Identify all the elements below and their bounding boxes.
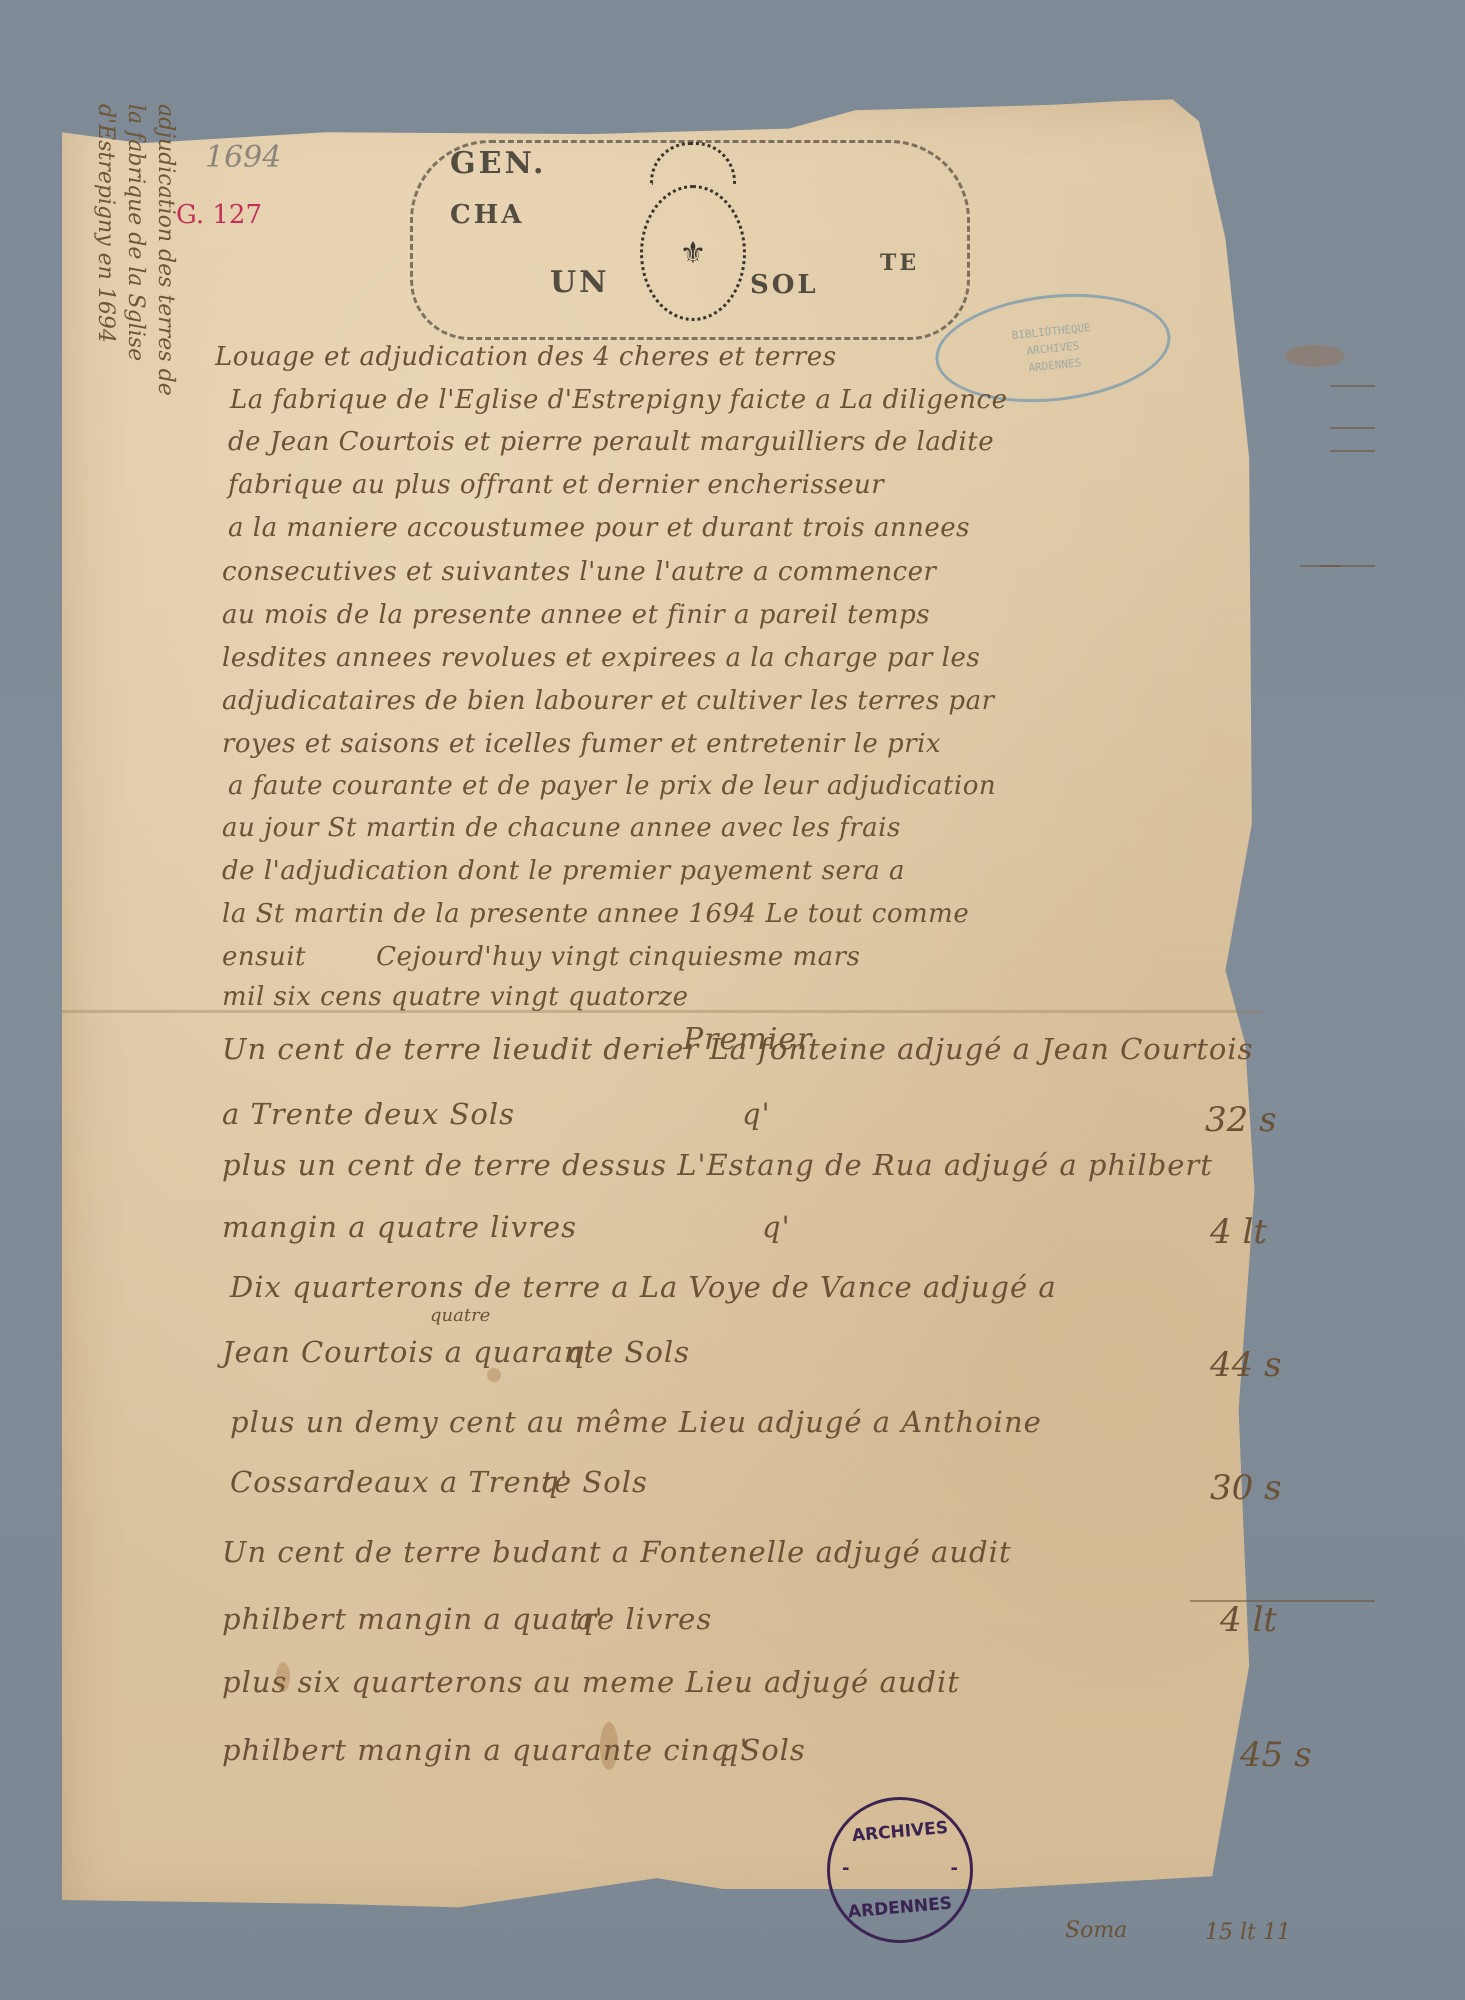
body-line: La fabrique de l'Eglise d'Estrepigny fai… bbox=[230, 385, 1007, 415]
stamp-dash: - bbox=[951, 1858, 958, 1879]
stain bbox=[1285, 345, 1345, 367]
body-line: adjudicataires de bien labourer et culti… bbox=[222, 686, 995, 716]
line-filler bbox=[1330, 427, 1375, 429]
entry-line: Cossardeaux a Trente Sols bbox=[230, 1465, 648, 1499]
stamp-text: SOL bbox=[750, 270, 819, 300]
entry-amount: 30 s bbox=[1210, 1468, 1282, 1508]
body-line: ensuit Cejourd'huy vingt cinquiesme mars bbox=[222, 942, 860, 972]
body-line: a la maniere accoustumee pour et durant … bbox=[228, 513, 970, 543]
stamp-text: CHA bbox=[450, 200, 524, 230]
body-line: a faute courante et de payer le prix de … bbox=[228, 771, 996, 801]
body-line: Louage et adjudication des 4 cheres et t… bbox=[215, 342, 837, 372]
pencil-year: 1694 bbox=[205, 140, 281, 175]
stamp-text: BIBLIOTHEQUE bbox=[1011, 320, 1091, 341]
line-filler bbox=[1330, 385, 1375, 387]
stamp-text: GEN. bbox=[450, 146, 546, 181]
entry-amount: 44 s bbox=[1210, 1345, 1282, 1385]
entry-amount: 45 s bbox=[1240, 1735, 1312, 1775]
total-value: 15 lt 11 bbox=[1205, 1920, 1291, 1945]
fleur-de-lis-icon: ⚜ bbox=[640, 185, 746, 321]
entry-line: Un cent de terre lieudit derier La fonte… bbox=[222, 1032, 1254, 1066]
entry-line: Dix quarterons de terre a La Voye de Van… bbox=[230, 1270, 1057, 1304]
body-line: royes et saisons et icelles fumer et ent… bbox=[222, 729, 941, 759]
entry-amount: 4 lt bbox=[1220, 1600, 1277, 1640]
entry-mark: q' bbox=[720, 1733, 749, 1767]
body-line: de Jean Courtois et pierre perault margu… bbox=[228, 427, 994, 457]
interlinear-insertion: quatre bbox=[430, 1305, 490, 1326]
entry-line: plus un cent de terre dessus L'Estang de… bbox=[222, 1148, 1213, 1182]
entry-line: plus un demy cent au même Lieu adjugé a … bbox=[230, 1405, 1042, 1439]
entry-mark: q' bbox=[566, 1335, 595, 1369]
stamp-text: ARDENNES bbox=[1028, 356, 1082, 374]
entry-amount: 4 lt bbox=[1210, 1212, 1267, 1252]
flourish-line bbox=[1190, 1600, 1375, 1602]
stain bbox=[487, 1368, 501, 1382]
entry-line: a Trente deux Sols bbox=[222, 1097, 515, 1131]
body-line: fabrique au plus offrant et dernier ench… bbox=[228, 470, 884, 500]
margin-note: adjudication des terres de la fabrique d… bbox=[90, 104, 180, 396]
body-line: consecutives et suivantes l'une l'autre … bbox=[222, 557, 936, 587]
entry-line: Jean Courtois a quarante Sols bbox=[222, 1335, 690, 1369]
stamp-text: UN bbox=[550, 265, 610, 300]
body-line: au mois de la presente annee et finir a … bbox=[222, 600, 930, 630]
margin-note-line: la fabrique de la Sglise bbox=[120, 104, 150, 396]
body-line: de l'adjudication dont le premier payeme… bbox=[222, 856, 905, 886]
entry-mark: q' bbox=[575, 1602, 604, 1636]
entry-mark: q' bbox=[742, 1097, 771, 1131]
entry-line: mangin a quatre livres bbox=[222, 1210, 577, 1244]
body-line: au jour St martin de chacune annee avec … bbox=[222, 813, 901, 843]
stamp-text: ARDENNES bbox=[829, 1892, 970, 1924]
entry-mark: q' bbox=[762, 1210, 791, 1244]
archives-ardennes-stamp: ARCHIVES - - ARDENNES bbox=[827, 1797, 973, 1943]
margin-note-line: adjudication des terres de bbox=[150, 104, 180, 396]
entry-line: philbert mangin a quatre livres bbox=[222, 1602, 712, 1636]
stamp-text: ARCHIVES bbox=[1026, 339, 1080, 357]
stamp-text: ARCHIVES bbox=[829, 1816, 970, 1848]
entry-line: Un cent de terre budant a Fontenelle adj… bbox=[222, 1535, 1012, 1569]
stamp-text: TE bbox=[880, 250, 919, 276]
line-filler bbox=[1300, 565, 1340, 567]
entry-line: plus six quarterons au meme Lieu adjugé … bbox=[222, 1665, 960, 1699]
margin-note-line: d'Estrepigny en 1694 bbox=[90, 104, 120, 396]
call-number: G. 127 bbox=[176, 200, 262, 230]
tax-stamp: ⚜ GEN. CHA TE UN SOL bbox=[410, 140, 970, 340]
body-line: mil six cens quatre vingt quatorze bbox=[222, 982, 688, 1012]
entry-mark: q' bbox=[540, 1465, 569, 1499]
total-label: Soma bbox=[1065, 1918, 1127, 1943]
entry-line: philbert mangin a quarante cinq Sols bbox=[222, 1733, 806, 1767]
stamp-dash: - bbox=[842, 1858, 849, 1879]
entry-amount: 32 s bbox=[1205, 1100, 1277, 1140]
line-filler bbox=[1330, 450, 1375, 452]
body-line: la St martin de la presente annee 1694 L… bbox=[222, 899, 969, 929]
body-line: lesdites annees revolues et expirees a l… bbox=[222, 643, 980, 673]
